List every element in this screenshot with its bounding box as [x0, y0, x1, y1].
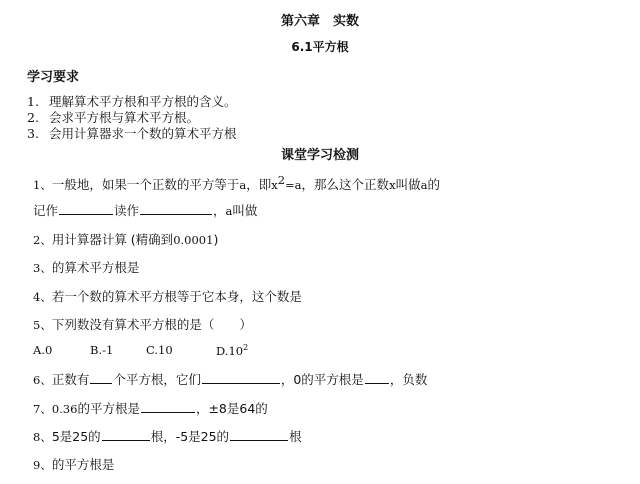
answer-blank[interactable]	[102, 439, 150, 441]
requirement-item: 1.理解算术平方根和平方根的含义。	[27, 94, 237, 110]
option-c[interactable]: C.10	[146, 343, 173, 357]
question-4: 4、若一个数的算术平方根等于它本身，这个数是	[33, 287, 302, 305]
text-segment: 的平方根是	[77, 401, 140, 416]
text-segment: 一般地，如果一个正数的平方等于	[52, 177, 240, 192]
answer-blank[interactable]	[230, 439, 288, 441]
text-segment: ，±8是64的	[196, 401, 268, 416]
text-segment: 6、	[33, 373, 52, 387]
answer-blank[interactable]	[141, 411, 195, 413]
question-1-line-2: 记作读作，a叫做	[33, 201, 257, 219]
option-d[interactable]: D.102	[216, 343, 248, 358]
chapter-title: 第六章 实数	[0, 10, 640, 29]
question-7: 7、0.36的平方根是，±8是64的	[33, 399, 268, 417]
text-segment: 3、	[33, 261, 52, 275]
answer-blank[interactable]	[90, 382, 112, 384]
requirements-list: 1.理解算术平方根和平方根的含义。 2.会求平方根与算术平方根。 3.会用计算器…	[27, 94, 237, 142]
text-segment: )	[213, 232, 218, 247]
text-segment: 的算术平方根是	[52, 260, 140, 275]
text-segment: 5、	[33, 318, 52, 332]
text-segment: =a	[285, 178, 302, 192]
text-segment: 根，-5是25的	[151, 429, 229, 444]
text-segment: 读作	[114, 203, 139, 218]
text-segment: 2、	[33, 233, 52, 247]
question-1-line-1: 1、一般地，如果一个正数的平方等于a，即x2=a，那么这个正数x叫做a的	[33, 173, 440, 193]
text-segment: 记作	[33, 203, 58, 218]
answer-blank[interactable]	[140, 213, 212, 215]
text-segment: ，即	[246, 177, 271, 192]
text-segment: 的	[427, 177, 440, 192]
question-9: 9、的平方根是	[33, 455, 114, 473]
text-segment: 叫做	[232, 203, 257, 218]
text-segment: 5是25的	[52, 429, 101, 444]
text-segment: 若一个数的算术平方根等于它本身，这个数是	[52, 289, 302, 304]
text-segment: 正数有	[52, 372, 90, 387]
section-title: 6.1平方根	[0, 38, 640, 55]
text-segment: 0.36	[52, 402, 78, 416]
text-segment: 下列数没有算术平方根的是（ ）	[52, 317, 252, 332]
text-segment: 2	[278, 173, 285, 187]
text-segment: ，那么这个正数	[302, 177, 390, 192]
option-b[interactable]: B.-1	[90, 343, 113, 357]
answer-blank[interactable]	[365, 382, 389, 384]
text-segment: 4、	[33, 290, 52, 304]
text-segment: 根	[289, 429, 302, 444]
text-segment: ，	[213, 203, 226, 218]
requirements-heading: 学习要求	[27, 66, 79, 85]
text-segment: ，负数	[390, 372, 428, 387]
requirement-item: 2.会求平方根与算术平方根。	[27, 110, 237, 126]
question-2: 2、用计算器计算 (精确到0.0001)	[33, 230, 218, 248]
text-segment: 用计算器计算 (精确到	[52, 232, 173, 247]
text-segment: ，0的平方根是	[281, 372, 364, 387]
text-segment: D.10	[216, 344, 243, 358]
question-6: 6、正数有个平方根，它们，0的平方根是，负数	[33, 370, 427, 388]
question-8: 8、5是25的根，-5是25的根	[33, 427, 302, 445]
requirement-item: 3.会用计算器求一个数的算术平方根	[27, 126, 237, 142]
text-segment: 7、	[33, 402, 52, 416]
answer-blank[interactable]	[202, 382, 280, 384]
text-segment: 个平方根，它们	[113, 372, 201, 387]
text-segment: 2	[243, 343, 248, 352]
answer-blank[interactable]	[59, 213, 113, 215]
text-segment: 8、	[33, 430, 52, 444]
text-segment: 9、	[33, 458, 52, 472]
text-segment: 的平方根是	[52, 457, 115, 472]
text-segment: 0.0001	[173, 233, 213, 247]
text-segment: 1、	[33, 178, 52, 192]
text-segment: 叫做	[396, 177, 421, 192]
question-3: 3、的算术平方根是	[33, 258, 139, 276]
option-a[interactable]: A.0	[33, 343, 52, 357]
classroom-check-heading: 课堂学习检测	[0, 144, 640, 163]
question-5: 5、下列数没有算术平方根的是（ ）	[33, 315, 252, 333]
